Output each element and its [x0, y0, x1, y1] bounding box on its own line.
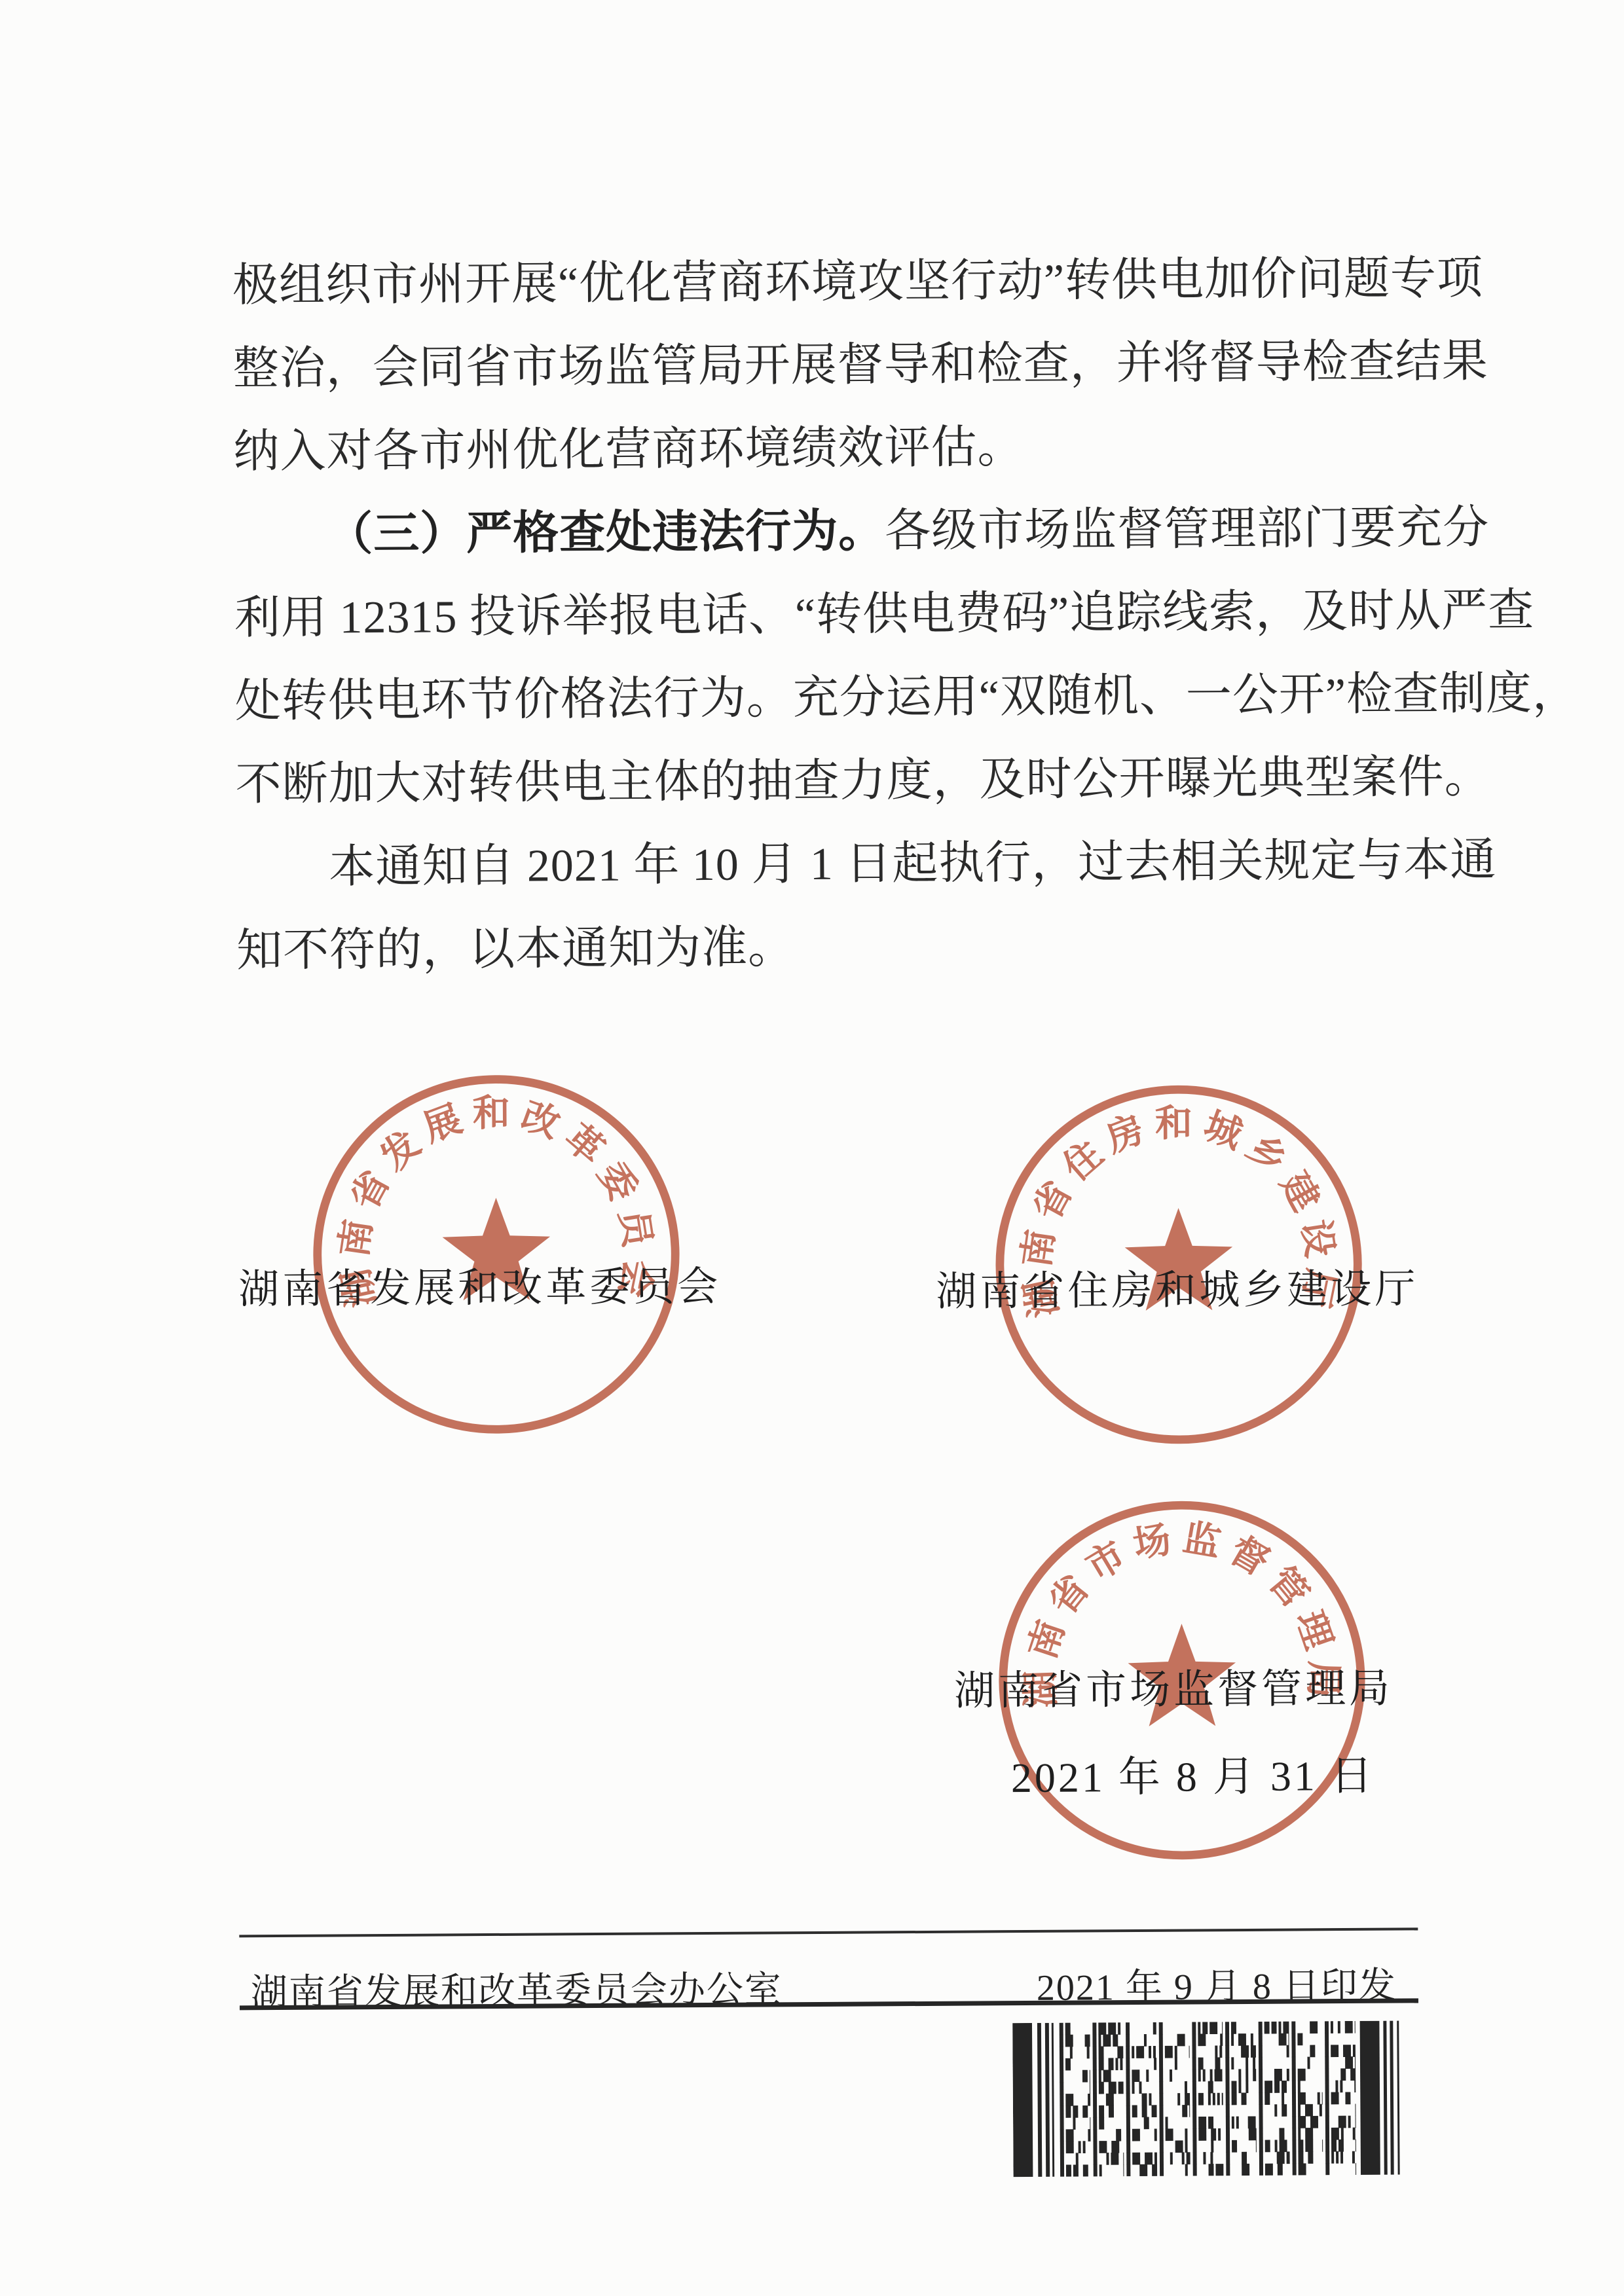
- document-body: 极组织市州开展“优化营商环境攻坚行动”转供电加价问题专项 整治，会同省市场监管局…: [232, 237, 1462, 993]
- body-line: 知不符的，以本通知为准。: [236, 902, 1462, 993]
- bold-lead-phrase: （三）严格查处违法行为。: [327, 506, 885, 560]
- body-line-text: 各级市场监督管理部门要充分: [885, 503, 1489, 557]
- imprint-top-rule: [239, 1927, 1418, 1937]
- body-line: 纳入对各市州优化营商环境绩效评估。: [233, 403, 1458, 494]
- signature-org-housing-construction: 湖南省住房和城乡建设厅: [936, 1256, 1419, 1317]
- body-line: 不断加大对转供电主体的抽查力度，及时公开曝光典型案件。: [235, 736, 1460, 826]
- document-barcode: [1012, 2021, 1403, 2178]
- scanned-document-page: 极组织市州开展“优化营商环境攻坚行动”转供电加价问题专项 整治，会同省市场监管局…: [0, 0, 1624, 2296]
- body-line-paragraph-start: 本通知自 2021 年 10 月 1 日起执行，过去相关规定与本通: [236, 819, 1461, 909]
- pdf417-barcode-graphic: [1012, 2021, 1403, 2178]
- body-line: 极组织市州开展“优化营商环境攻坚行动”转供电加价问题专项: [232, 237, 1458, 327]
- body-line: 整治，会同省市场监管局开展督导和检查，并将督导检查结果: [232, 320, 1458, 410]
- scan-content: 极组织市州开展“优化营商环境攻坚行动”转供电加价问题专项 整治，会同省市场监管局…: [0, 0, 1624, 2296]
- body-line: 处转供电环节价格法行为。充分运用“双随机、一公开”检查制度，: [234, 653, 1460, 743]
- signature-org-market-supervision: 湖南省市场监督管理局: [954, 1656, 1393, 1717]
- body-line-paragraph-start: （三）严格查处违法行为。各级市场监督管理部门要充分: [234, 486, 1459, 577]
- body-line: 利用 12315 投诉举报电话、“转供电费码”追踪线索，及时从严查: [234, 570, 1460, 660]
- signature-org-development-reform: 湖南省发展和改革委员会: [238, 1254, 722, 1315]
- signature-date: 2021 年 8 月 31 日: [1011, 1742, 1376, 1804]
